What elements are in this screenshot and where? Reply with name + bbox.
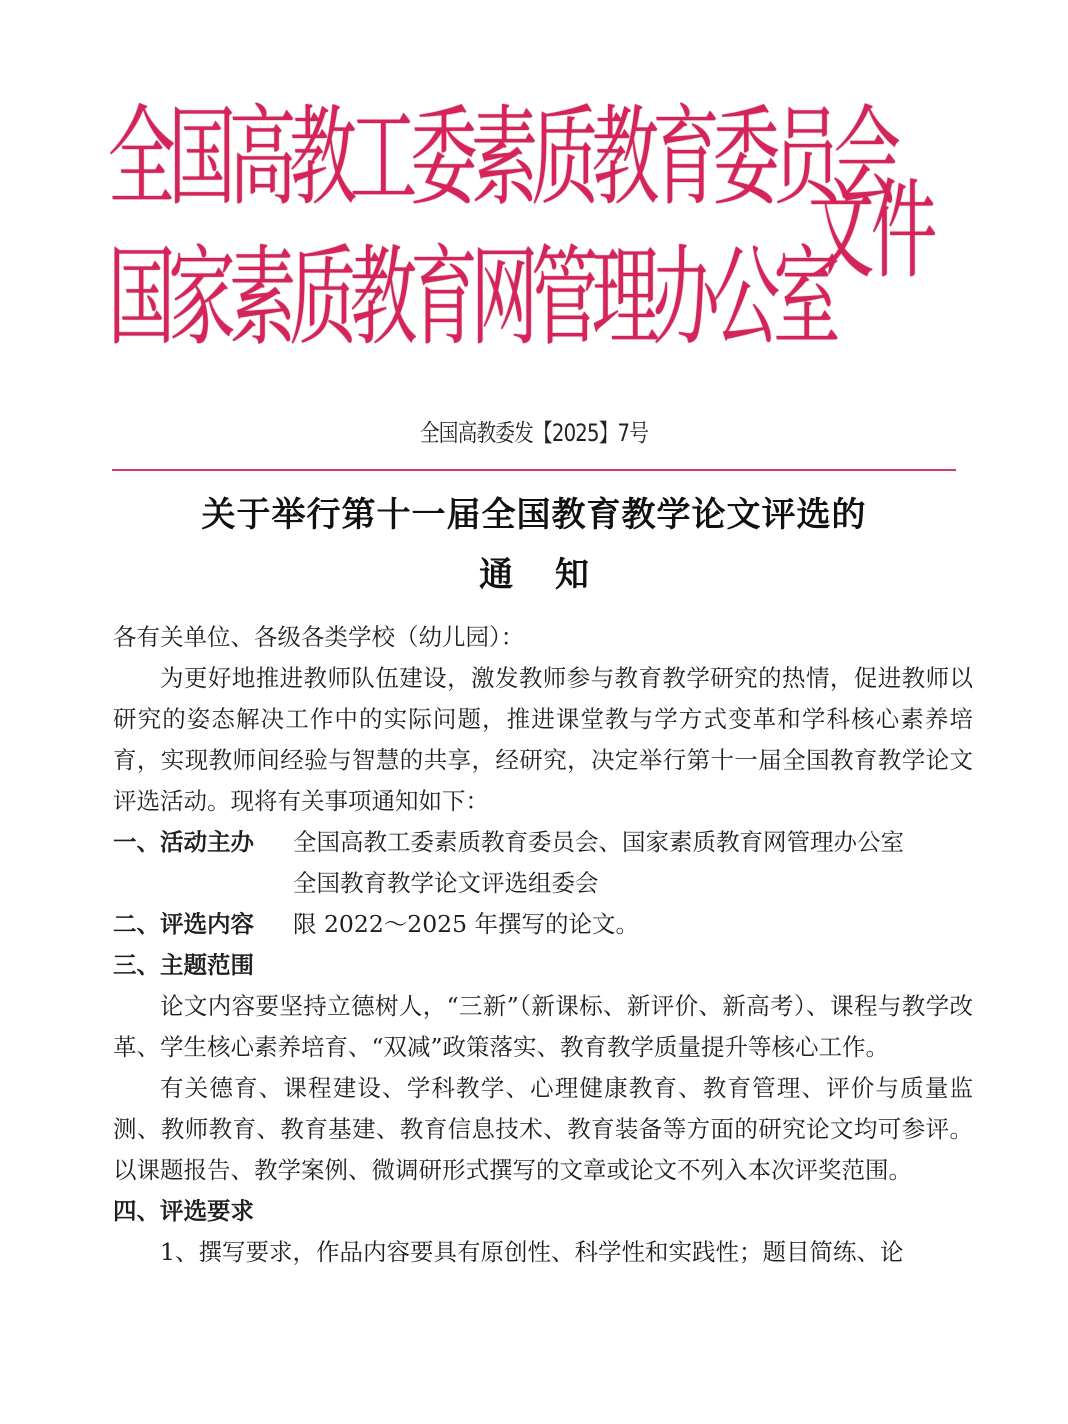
notice-title-line-1: 关于举行第十一届全国教育教学论文评选的 [0, 487, 1068, 536]
section-label: 三、主题范围 [113, 945, 973, 986]
section-content: 二、评选内容 限 2022～2025 年撰写的论文。 [113, 904, 973, 945]
section-organizer: 一、活动主办 全国高教工委素质教育委员会、国家素质教育网管理办公室 全国教育教学… [113, 822, 973, 904]
document-number: 全国高教委发【2025】7号 [96, 413, 972, 448]
issuer-line-2: 国家素质教育网管理办公室 [108, 244, 834, 352]
theme-paragraph: 论文内容要坚持立德树人，“三新”（新课标、新评价、新高考）、课程与教学改革、学生… [113, 986, 973, 1068]
salutation: 各有关单位、各级各类学校（幼儿园）： [113, 617, 973, 658]
section-label: 四、评选要求 [113, 1191, 973, 1232]
section-label: 二、评选内容 [113, 904, 293, 945]
notice-body: 各有关单位、各级各类学校（幼儿园）： 为更好地推进教师队伍建设，激发教师参与教育… [113, 617, 973, 1273]
theme-paragraph: 有关德育、课程建设、学科教学、心理健康教育、教育管理、评价与质量监测、教师教育、… [113, 1068, 973, 1191]
issuer-line-1: 全国高教工委素质教育委员会 [108, 104, 894, 212]
requirement-paragraph: 1、撰写要求，作品内容要具有原创性、科学性和实践性；题目简练、论 [113, 1232, 973, 1273]
intro-paragraph: 为更好地推进教师队伍建设，激发教师参与教育教学研究的热情，促进教师以研究的姿态解… [113, 658, 973, 822]
red-divider [112, 469, 956, 471]
section-line: 全国高教工委素质教育委员会、国家素质教育网管理办公室 [293, 822, 973, 863]
section-line: 全国教育教学论文评选组委会 [293, 863, 973, 904]
document-label: 文件 [808, 178, 934, 286]
section-line: 限 2022～2025 年撰写的论文。 [293, 904, 973, 945]
notice-title-line-2: 通 知 [0, 547, 1068, 596]
section-label: 一、活动主办 [113, 822, 293, 904]
